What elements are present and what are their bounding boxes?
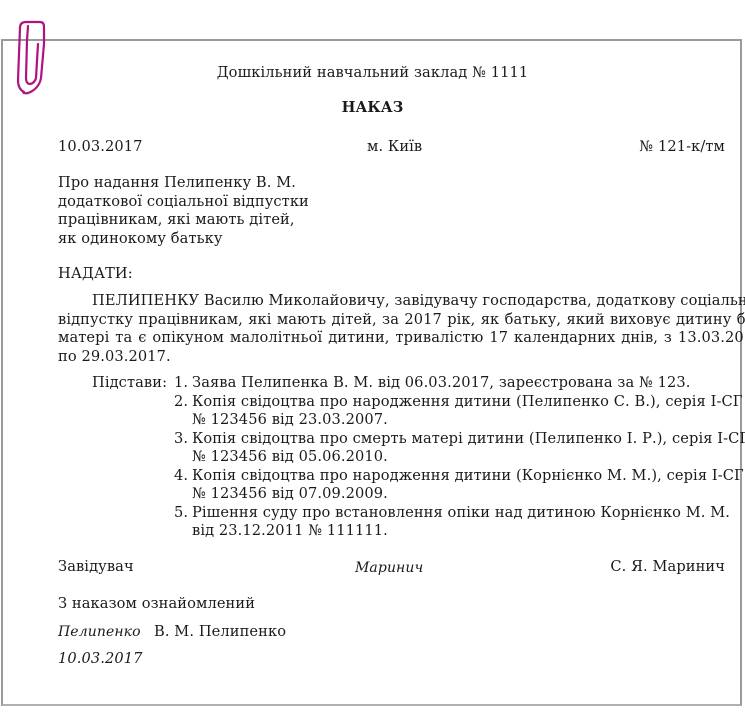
grounds-item-number: 1. [174,374,188,393]
directive-heading: НАДАТИ: [58,265,133,284]
grounds-item-text: Заява Пелипенка В. М. від 06.03.2017, за… [192,374,691,393]
body-line: ПЕЛИПЕНКУ Василю Миколайовичу, завідувач… [92,292,745,311]
acknowledgement-label: З наказом ознайомлений [58,595,255,614]
signer-position: Завідувач [58,558,134,577]
grounds-item-text: Копія свідоцтва про народження дитини (К… [192,467,744,486]
acknowledgement-signature: Пелипенко [58,623,141,642]
grounds-item-text: Рішення суду про встановлення опіки над … [192,504,730,523]
body-line: по 29.03.2017. [58,348,171,367]
body-line: відпустку працівникам, які мають дітей, … [58,311,745,330]
grounds-item-number: 5. [174,504,188,523]
grounds-item-text: № 123456 від 23.03.2007. [192,411,388,430]
grounds-item-text: Копія свідоцтва про смерть матері дитини… [192,430,745,449]
grounds-item-number: 3. [174,430,188,449]
document-date: 10.03.2017 [58,138,143,157]
acknowledgement-name: В. М. Пелипенко [154,623,286,642]
subject-line: як одинокому батьку [58,230,223,249]
grounds-item-text: від 23.12.2011 № 111111. [192,522,388,541]
signer-signature: Маринич [355,559,423,578]
grounds-item-number: 2. [174,393,188,412]
subject-line: Про надання Пелипенку В. М. [58,174,296,193]
signer-name: С. Я. Маринич [610,558,725,577]
grounds-label: Підстави: [92,374,167,393]
grounds-item-text: Копія свідоцтва про народження дитини (П… [192,393,743,412]
document-type: НАКАЗ [0,99,745,118]
grounds-item-text: № 123456 від 05.06.2010. [192,448,388,467]
subject-line: додаткової соціальної відпустки [58,193,309,212]
acknowledgement-date: 10.03.2017 [58,650,143,669]
document-place: м. Київ [367,138,422,157]
subject-line: працівникам, які мають дітей, [58,211,295,230]
body-line: матері та є опікуном малолітньої дитини,… [58,329,745,348]
grounds-item-text: № 123456 від 07.09.2009. [192,485,388,504]
document-number: № 121-к/тм [639,138,725,157]
paperclip-icon [14,18,48,96]
grounds-item-number: 4. [174,467,188,486]
organization-name: Дошкільний навчальний заклад № 1111 [0,64,745,83]
